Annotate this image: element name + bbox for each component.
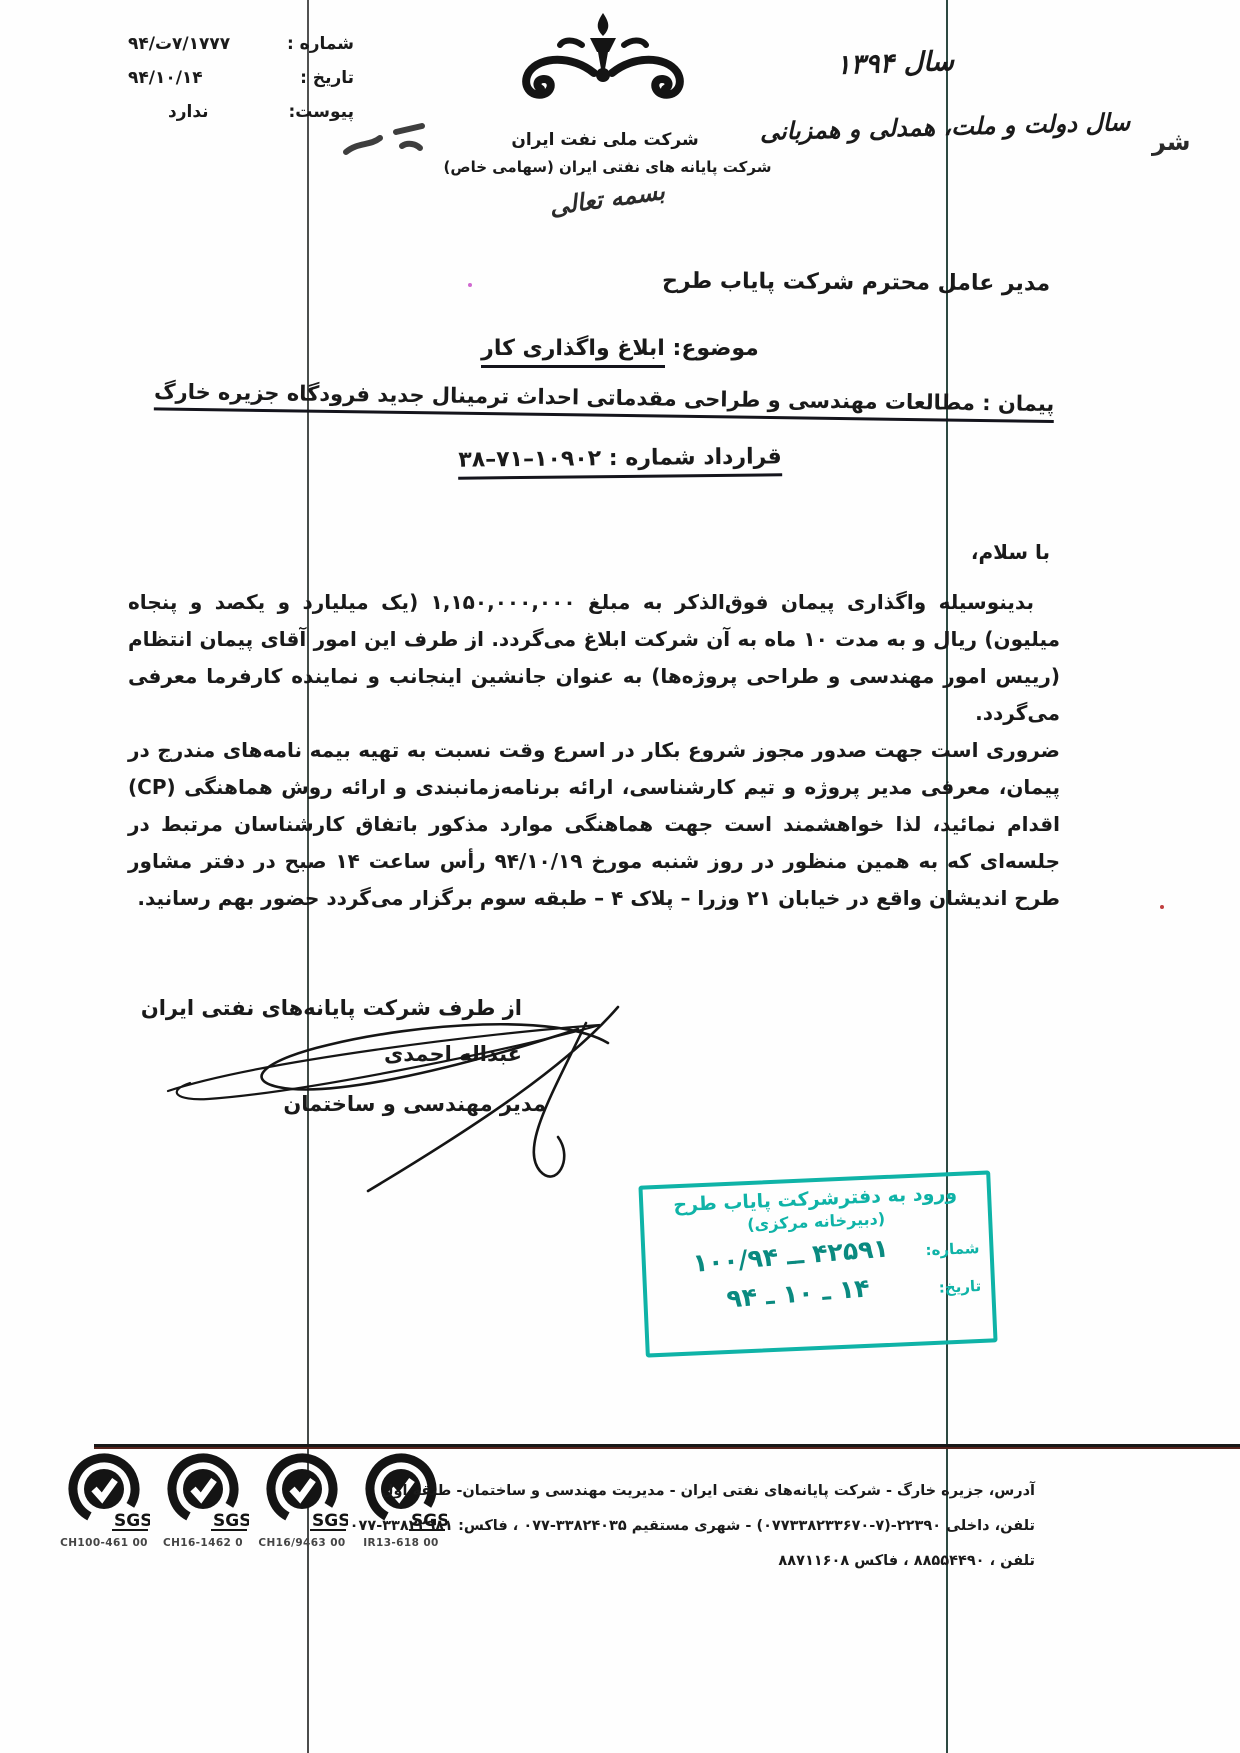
badge-code: CH16/9463 00	[256, 1537, 348, 1549]
stamp-date-row: تاریخ: ۹۴ ـ ۱۰ ـ ۱۴	[657, 1271, 982, 1314]
scan-speck	[468, 283, 472, 287]
sgs-badge-icon: SGS	[58, 1452, 150, 1532]
bismillah-calligraphy: بسمه تعالی	[511, 171, 703, 226]
footer-contact-block: آدرس، جزیره خارگ - شرکت پایانه‌های نفتی …	[350, 1474, 1035, 1579]
company-name-secondary: شرکت پایانه های نفتی ایران (سهامی خاص)	[415, 158, 800, 176]
sgs-badge: SGS CH100-461 00	[58, 1452, 150, 1549]
letter-body: بدینوسیله واگذاری پیمان فوق‌الذکر به مبل…	[128, 584, 1060, 917]
letterhead-reference-block: شماره : ۹۴/ت۷/۱۷۷۷ تاریخ : ۹۴/۱۰/۱۴ پیوس…	[128, 34, 354, 136]
letter-number-value: ۹۴/ت۷/۱۷۷۷	[128, 34, 230, 54]
letter-date-row: تاریخ : ۹۴/۱۰/۱۴	[128, 68, 354, 88]
svg-text:SGS: SGS	[114, 1511, 150, 1531]
letter-attachment-value: ندارد	[168, 102, 209, 122]
year-slogan-calligraphy: سال دولت و ملت، همدلی و همزبانی	[735, 107, 1156, 147]
scanned-letter-page: شماره : ۹۴/ت۷/۱۷۷۷ تاریخ : ۹۴/۱۰/۱۴ پیوس…	[0, 0, 1240, 1753]
svg-text:SGS: SGS	[213, 1511, 249, 1531]
subject-value: ابلاغ واگذاری کار	[481, 336, 665, 368]
badge-code: CH16-1462 0	[157, 1537, 249, 1549]
scan-speck	[1160, 905, 1164, 909]
badge-code: CH100-461 00	[58, 1537, 150, 1549]
contract-number-line: قرارداد شماره : ۳۸–۷۱–۱۰۹۰۲	[380, 443, 860, 473]
subject-line: موضوع: ابلاغ واگذاری کار	[380, 336, 860, 361]
svg-text:SGS: SGS	[312, 1511, 348, 1531]
sgs-badge-icon: SGS	[256, 1452, 348, 1532]
recipient-line: مدیر عامل محترم شرکت پایاب طرح	[662, 269, 1050, 297]
sgs-badge: SGS CH16-1462 0	[157, 1452, 249, 1549]
sgs-badge: SGS CH16/9463 00	[256, 1452, 348, 1549]
salutation: با سلام،	[971, 540, 1050, 564]
page-edge-bleed-text: شر	[1152, 128, 1191, 156]
office-entry-stamp: ورود به دفترشرکت پایاب طرح (دبیرخانه مرک…	[638, 1170, 997, 1357]
contract-number-label: قرارداد شماره :	[609, 444, 782, 471]
year-calligraphy: سال ۱۳۹۴	[790, 44, 1001, 82]
letter-number-label: شماره :	[287, 34, 354, 54]
contract-title-text: پیمان : مطالعات مهندسی و طراحی مقدماتی ا…	[154, 379, 1055, 423]
stamp-number-label: شماره:	[925, 1238, 980, 1258]
letter-attachment-row: پیوست: ندارد	[128, 102, 354, 122]
sgs-badge-icon: SGS	[157, 1452, 249, 1532]
handwritten-signature	[138, 995, 638, 1200]
body-paragraph-2: ضروری است جهت صدور مجوز شروع بکار در اسر…	[128, 732, 1060, 917]
footer-address-line: آدرس، جزیره خارگ - شرکت پایانه‌های نفتی …	[350, 1474, 1035, 1509]
footer-phones-line-2: تلفن ، ۸۸۵۵۴۴۹۰ ، فاکس ۸۸۷۱۱۶۰۸	[350, 1544, 1035, 1579]
footer-phones-line-1: تلفن، داخلی ۲۲۳۹۰-(۷-۰۷۷۳۳۸۲۳۳۶۷۰) - شهر…	[350, 1509, 1035, 1544]
footer-rule	[94, 1444, 1240, 1449]
nioc-logo	[498, 10, 708, 130]
letter-date-label: تاریخ :	[300, 68, 354, 88]
body-paragraph-1: بدینوسیله واگذاری پیمان فوق‌الذکر به مبل…	[128, 584, 1060, 732]
subject-label: موضوع:	[673, 336, 759, 361]
contract-number-text: قرارداد شماره : ۳۸–۷۱–۱۰۹۰۲	[458, 444, 782, 479]
contract-title-line: پیمان : مطالعات مهندسی و طراحی مقدماتی ا…	[154, 379, 1055, 416]
letter-date-value: ۹۴/۱۰/۱۴	[128, 68, 203, 88]
company-name-primary: شرکت ملی نفت ایران	[455, 130, 755, 150]
stamp-date-label: تاریخ:	[938, 1276, 981, 1296]
letter-number-row: شماره : ۹۴/ت۷/۱۷۷۷	[128, 34, 354, 54]
contract-number-value: ۳۸–۷۱–۱۰۹۰۲	[458, 446, 601, 472]
